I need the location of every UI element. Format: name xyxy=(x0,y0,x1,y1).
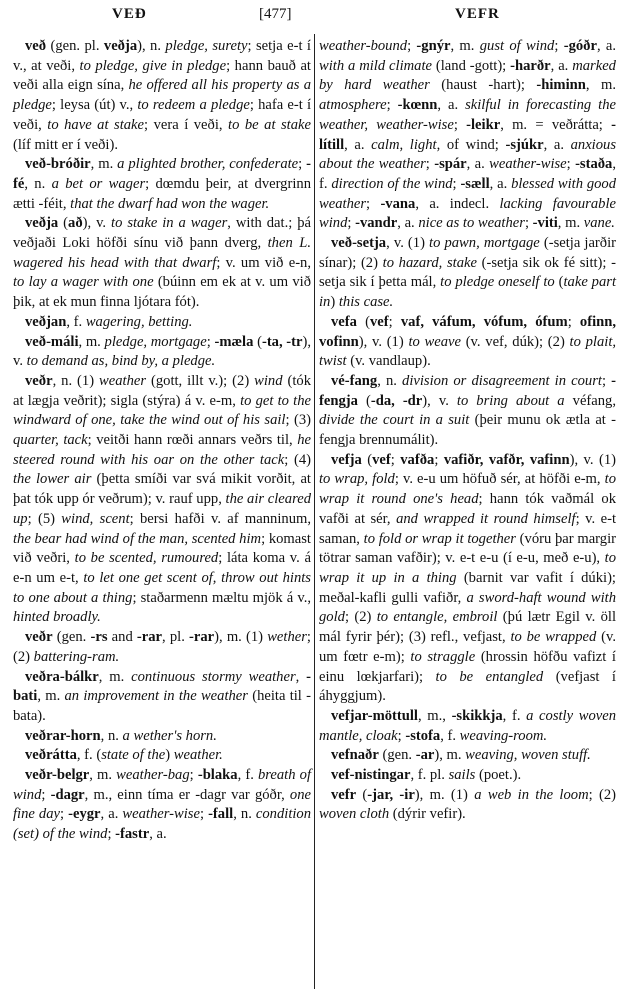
dictionary-entry: vefnaðr (gen. -ar), m. weaving, woven st… xyxy=(319,746,616,766)
dictionary-entry: veð (gen. pl. veðja), n. pledge, surety;… xyxy=(13,37,311,155)
right-guide-word: VEFR xyxy=(455,6,500,23)
dictionary-entry: weather-bound; -gnýr, m. gust of wind; -… xyxy=(319,37,616,234)
dictionary-entry: veðra-bálkr, m. continuous stormy weathe… xyxy=(13,668,311,727)
page-number: [477] xyxy=(259,6,292,23)
dictionary-entry: veðjan, f. wagering, betting. xyxy=(13,313,311,333)
dictionary-entry: veðja (að), v. to stake in a wager, with… xyxy=(13,214,311,313)
dictionary-entry: veðr-belgr, m. weather-bag; -blaka, f. b… xyxy=(13,766,311,845)
dictionary-entry: veðrar-horn, n. a wether's horn. xyxy=(13,727,311,747)
dictionary-entry: vefa (vef; vaf, váfum, vófum, ófum; ofin… xyxy=(319,313,616,372)
dictionary-entry: vefja (vef; vafða; vafiðr, vafðr, vafinn… xyxy=(319,451,616,707)
dictionary-entry: veðr (gen. -rs and -rar, pl. -rar), m. (… xyxy=(13,628,311,667)
dictionary-entry: vé-fang, n. division or disagreement in … xyxy=(319,372,616,451)
dictionary-entry: vef-nistingar, f. pl. sails (poet.). xyxy=(319,766,616,786)
column-divider xyxy=(314,34,315,989)
left-guide-word: VEÐ xyxy=(112,6,147,23)
dictionary-entry: veð-máli, m. pledge, mortgage; -mæla (-t… xyxy=(13,333,311,372)
dictionary-entry: vefr (-jar, -ir), m. (1) a web in the lo… xyxy=(319,786,616,825)
running-header: VEÐ [477] VEFR xyxy=(0,6,625,30)
dictionary-entry: veðrátta, f. (state of the) weather. xyxy=(13,746,311,766)
dictionary-entry: veð-bróðir, m. a plighted brother, confe… xyxy=(13,155,311,214)
dictionary-entry: veð-setja, v. (1) to pawn, mortgage (-se… xyxy=(319,234,616,313)
left-column: veð (gen. pl. veðja), n. pledge, surety;… xyxy=(13,37,311,845)
dictionary-entry: veðr, n. (1) weather (gott, illt v.); (2… xyxy=(13,372,311,628)
right-column: weather-bound; -gnýr, m. gust of wind; -… xyxy=(319,37,616,825)
dictionary-entry: vefjar-möttull, m., -skikkja, f. a costl… xyxy=(319,707,616,746)
